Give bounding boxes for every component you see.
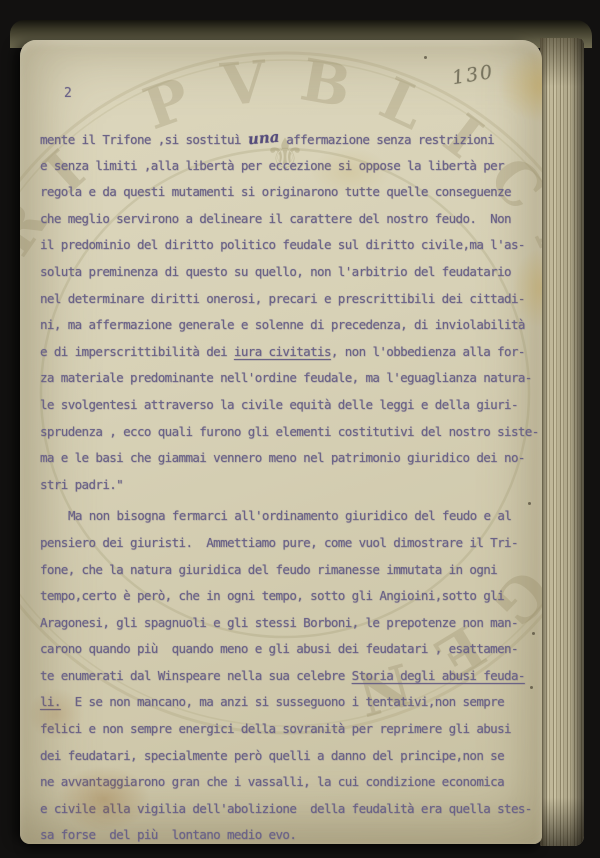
typed-line: e di imperscrittibilità dei iura civitat… xyxy=(40,339,536,366)
typed-text-segment: Ma non bisogna fermarci all'ordinamento … xyxy=(68,508,511,523)
typed-line: Ma non bisogna fermarci all'ordinamento … xyxy=(40,503,536,530)
typed-text-segment: , non l'obbedienza alla for- xyxy=(331,344,525,359)
typed-line: regola e da questi mutamenti si originar… xyxy=(40,179,536,206)
typed-line: che meglio servirono a delineare il cara… xyxy=(40,206,536,233)
typed-line: tempo,certo è però, che in ogni tempo, s… xyxy=(40,583,536,610)
typed-line: felici e non sempre energici della sovra… xyxy=(40,716,536,743)
typed-text-segment: tempo,certo è però, che in ogni tempo, s… xyxy=(40,588,504,603)
typed-text-segment: sa forse del più lontano medio evo. xyxy=(40,827,296,842)
typed-text-segment: te enumerati dal Winspeare nella sua cel… xyxy=(40,668,352,683)
typed-text-segment: za materiale predominante nell'ordine fe… xyxy=(40,370,532,385)
typed-text-segment: dei feudatari, specialmente però quelli … xyxy=(40,748,504,763)
paper-speck xyxy=(424,56,427,59)
typed-line: e senza limiti ,alla libertà per eccezio… xyxy=(40,153,536,180)
typed-line: soluta preminenza di questo su quello, n… xyxy=(40,259,536,286)
typed-text-segment: le svolgentesi attraverso la civile equi… xyxy=(40,397,518,412)
typed-text: mente il Trifone ,si sostituì una afferm… xyxy=(40,126,536,844)
typed-text-segment: affermazione senza restrizioni xyxy=(279,132,494,147)
typed-text-segment: ma e le basi che giammai vennero meno ne… xyxy=(40,450,525,465)
typed-text-segment: soluta preminenza di questo su quello, n… xyxy=(40,264,511,279)
typed-text-segment: il predominio del diritto politico feuda… xyxy=(40,237,525,252)
typed-page-number: 2 xyxy=(64,86,72,101)
paper-speck xyxy=(530,686,533,689)
typed-text-segment: che meglio servirono a delineare il cara… xyxy=(40,211,511,226)
typed-text-segment: stri padri." xyxy=(40,477,123,492)
typed-text-segment: carono quando più quando meno e gli abus… xyxy=(40,641,518,656)
typed-line: nel determinare diritti onerosi, precari… xyxy=(40,286,536,313)
typed-line: carono quando più quando meno e gli abus… xyxy=(40,636,536,663)
typed-text-segment: Aragonesi, gli spagnuoli e gli stessi Bo… xyxy=(40,615,518,630)
typed-line: e civile alla vigilia dell'abolizione de… xyxy=(40,796,536,823)
typed-text-segment: felici e non sempre energici della sovra… xyxy=(40,721,511,736)
typed-line: Aragonesi, gli spagnuoli e gli stessi Bo… xyxy=(40,610,536,637)
paragraph: Ma non bisogna fermarci all'ordinamento … xyxy=(40,503,536,844)
typed-line: ma e le basi che giammai vennero meno ne… xyxy=(40,445,536,472)
typed-line: ne avvantaggiarono gran che i vassalli, … xyxy=(40,769,536,796)
underlined-typed-text: li. xyxy=(40,694,61,709)
typed-line: fone, che la natura giuridica del feudo … xyxy=(40,557,536,584)
book-page-stack-edge xyxy=(540,38,584,846)
typed-line: li. E se non mancano, ma anzi si sussegu… xyxy=(40,689,536,716)
typed-text-segment: mente il Trifone ,si sostituì xyxy=(40,132,248,147)
typed-line: le svolgentesi attraverso la civile equi… xyxy=(40,392,536,419)
typed-text-segment: sprudenza , ecco quali furono gli elemen… xyxy=(40,424,539,439)
typed-line: dei feudatari, specialmente però quelli … xyxy=(40,743,536,770)
handwritten-folio-number: 130 xyxy=(451,61,496,89)
paper-speck xyxy=(532,632,535,635)
underlined-typed-text: iura civitatis xyxy=(234,344,331,359)
paper-stain xyxy=(498,48,542,123)
underlined-typed-text: Storia degli abusi feuda- xyxy=(352,668,525,683)
typed-line: mente il Trifone ,si sostituì una afferm… xyxy=(40,126,536,153)
typed-text-segment: pensiero dei giuristi. Ammettiamo pure, … xyxy=(40,535,518,550)
typed-line: za materiale predominante nell'ordine fe… xyxy=(40,365,536,392)
typed-text-segment: e civile alla vigilia dell'abolizione de… xyxy=(40,801,532,816)
typed-text-segment: e senza limiti ,alla libertà per eccezio… xyxy=(40,158,504,173)
typed-text-segment: ne avvantaggiarono gran che i vassalli, … xyxy=(40,774,504,789)
handwritten-insertion: una xyxy=(247,124,281,153)
typed-line: pensiero dei giuristi. Ammettiamo pure, … xyxy=(40,530,536,557)
typed-line: ni, ma affermazione generale e solenne d… xyxy=(40,312,536,339)
scanned-page: ARI PVBLICAE AVGEN ⚜ 2 130 mente il Trif… xyxy=(20,40,542,844)
page-stack-shading xyxy=(540,38,584,846)
typed-line: il predominio del diritto politico feuda… xyxy=(40,232,536,259)
typed-text-segment: e di imperscrittibilità dei xyxy=(40,344,234,359)
typed-line: sa forse del più lontano medio evo. xyxy=(40,822,536,844)
typed-text-segment: ni, ma affermazione generale e solenne d… xyxy=(40,317,525,332)
typed-text-segment: fone, che la natura giuridica del feudo … xyxy=(40,562,497,577)
typed-line: sprudenza , ecco quali furono gli elemen… xyxy=(40,419,536,446)
typed-text-segment: regola e da questi mutamenti si originar… xyxy=(40,184,511,199)
typed-text-segment: E se non mancano, ma anzi si susseguono … xyxy=(61,694,504,709)
paragraph: mente il Trifone ,si sostituì una afferm… xyxy=(40,126,536,498)
typed-line: te enumerati dal Winspeare nella sua cel… xyxy=(40,663,536,690)
typed-line: stri padri." xyxy=(40,472,536,499)
typed-text-segment: nel determinare diritti onerosi, precari… xyxy=(40,291,525,306)
paper-speck xyxy=(528,502,531,505)
